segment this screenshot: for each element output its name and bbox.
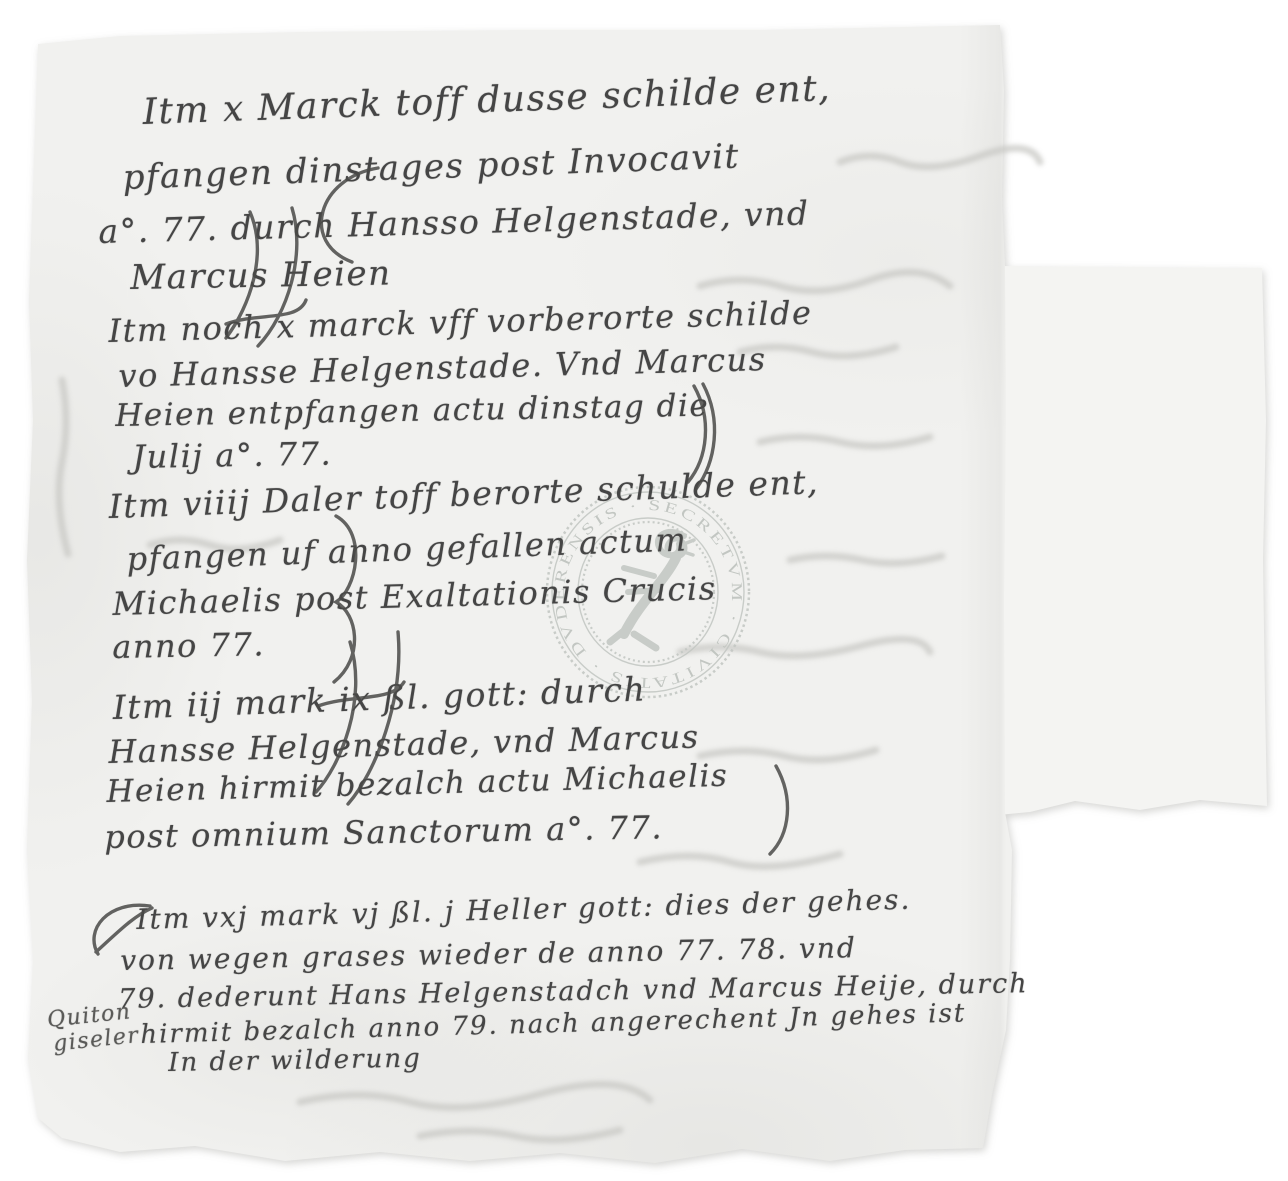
ink-flourishes xyxy=(0,0,1288,1181)
scanned-document: SECRETVM · CIVITATIS · DVDERENSIS · Itm … xyxy=(0,0,1288,1181)
